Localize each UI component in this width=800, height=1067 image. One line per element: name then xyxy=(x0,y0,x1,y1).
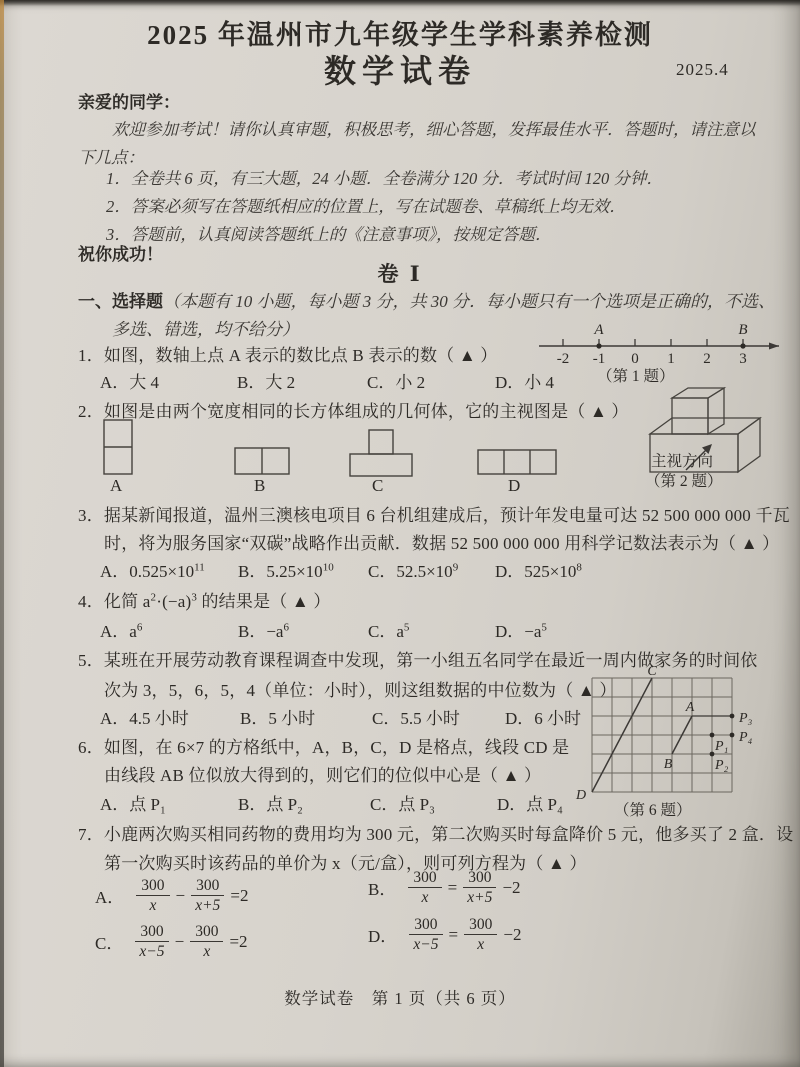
q6-option-d: D．点 P₄ xyxy=(497,790,563,815)
point-a-dot xyxy=(596,343,601,348)
label-p3: P₃ xyxy=(738,711,753,726)
q6-stem-line2: 由线段 AB 位似放大得到的，则它们的位似中心是（ ▲ ） xyxy=(104,761,541,786)
q3-option-a: A．0.525×1011 xyxy=(100,557,205,582)
q6-option-c: C．点 P₃ xyxy=(370,790,435,815)
q3-option-c: C．52.5×109 xyxy=(368,557,458,582)
point-p3-dot xyxy=(730,714,735,719)
q2-option-figure-d xyxy=(476,448,560,476)
section-heading-cont: 多选、错选，均不给分） xyxy=(112,315,299,340)
exam-paper-page: 2025 年温州市九年级学生学科素养检测 数学试卷 2025.4 亲爱的同学： … xyxy=(0,0,800,1067)
q3-option-d: D．525×108 xyxy=(495,557,582,582)
q5-option-d: D．6 小时 xyxy=(505,704,581,729)
section-heading-bold: 一、选择题 xyxy=(78,292,163,311)
point-b-dot xyxy=(740,343,745,348)
q6-option-a: A．点 P₁ xyxy=(100,790,166,815)
q6-option-b: B．点 P₂ xyxy=(238,790,303,815)
label-a: A xyxy=(685,700,695,715)
q4-option-c: C．a5 xyxy=(368,617,409,642)
point-p1-dot xyxy=(710,733,715,738)
q2-option-label-d: D xyxy=(508,476,520,496)
exam-note-1: 1．全卷共 6 页，有三大题，24 小题．全卷满分 120 分．考试时间 120… xyxy=(106,165,663,189)
scan-edge-top xyxy=(0,0,800,6)
q7-option-b: B． 300x = 300x+5 −2 xyxy=(368,869,523,907)
q2-option-figure-a xyxy=(102,418,136,476)
q6-figure-caption: （第 6 题） xyxy=(614,798,692,820)
salutation: 亲爱的同学： xyxy=(78,88,180,113)
section-heading: 一、选择题（本题有 10 小题，每小题 3 分，共 30 分．每小题只有一个选项… xyxy=(78,287,775,312)
q5-option-a: A．4.5 小时 xyxy=(100,704,189,729)
q6-stem-line1: 6．如图，在 6×7 的方格纸中，A，B，C，D 是格点，线段 CD 是 xyxy=(78,733,569,758)
q5-stem-line2: 次为 3，5，6，5，4（单位：小时），则这组数据的中位数为（ ▲ ） xyxy=(104,676,617,701)
label-d: D xyxy=(575,788,586,803)
point-p2-dot xyxy=(710,752,715,757)
part-heading: 卷 Ⅰ xyxy=(0,258,800,288)
q3-stem-line1: 3．据某新闻报道，温州三澳核电项目 6 台机组建成后，预计年发电量可达 52 5… xyxy=(78,501,790,526)
q3-stem-line2: 时，将为服务国家“双碳”战略作出贡献．数据 52 500 000 000 用科学… xyxy=(104,529,779,554)
q1-option-d: D．小 4 xyxy=(495,368,554,393)
q5-option-c: C．5.5 小时 xyxy=(372,704,460,729)
q7-stem-line1: 7．小鹿两次购买相同药物的费用均为 300 元，第二次购买时每盒降价 5 元，他… xyxy=(78,820,793,845)
q7-option-d: D． 300x−5 = 300x −2 xyxy=(368,916,523,954)
point-a-label: A xyxy=(593,322,604,338)
q4-stem: 4．化简 a2·(−a)3 的结果是（ ▲ ） xyxy=(78,587,331,612)
q4-option-a: A．a6 xyxy=(100,617,142,642)
q2-option-figure-c xyxy=(348,428,416,478)
label-c: C xyxy=(647,664,657,679)
tick-label: -2 xyxy=(557,351,570,367)
exam-note-3: 3．答题前，认真阅读答题纸上的《注意事项》，按规定答题． xyxy=(106,221,552,245)
scan-edge-left xyxy=(0,0,4,1067)
q1-option-c: C．小 2 xyxy=(367,368,425,393)
q7-option-c: C． 300x−5 − 300x =2 xyxy=(95,923,250,961)
q1-figure-caption: （第 1 题） xyxy=(597,364,675,386)
q1-stem: 1．如图，数轴上点 A 表示的数比点 B 表示的数（ ▲ ） xyxy=(78,341,498,366)
q7-option-a: A． 300x − 300x+5 =2 xyxy=(95,877,250,915)
tick-label: 3 xyxy=(739,351,747,367)
q1-option-a: A．大 4 xyxy=(100,368,159,393)
point-b-label: B xyxy=(738,322,747,338)
label-p2: P₂ xyxy=(714,758,729,773)
q2-option-label-c: C xyxy=(372,476,383,496)
tick-label: 2 xyxy=(703,351,711,367)
exam-note-2: 2．答案必须写在答题纸相应的位置上，写在试题卷、草稿纸上均无效． xyxy=(106,193,626,217)
exam-date: 2025.4 xyxy=(676,60,729,80)
q2-option-label-b: B xyxy=(254,476,265,496)
point-p4-dot xyxy=(730,733,735,738)
intro-line-1: 欢迎参加考试！请你认真审题，积极思考，细心答题，发挥最佳水平．答题时，请注意以 xyxy=(112,116,756,140)
q4-option-d: D．−a5 xyxy=(495,617,547,642)
q4-option-b: B．−a6 xyxy=(238,617,289,642)
number-line-arrow xyxy=(769,343,779,350)
q1-option-b: B．大 2 xyxy=(237,368,295,393)
label-p1: P₁ xyxy=(714,739,728,754)
grid-figure: C D A B P₃ P₄ P₁ P₂ xyxy=(572,666,782,806)
view-direction-label: 主视方向 xyxy=(651,449,713,471)
q3-option-b: B．5.25×1010 xyxy=(238,557,334,582)
q2-stem: 2．如图是由两个宽度相同的长方体组成的几何体，它的主视图是（ ▲ ） xyxy=(78,397,629,422)
label-b: B xyxy=(664,757,673,772)
q2-option-figure-b xyxy=(233,446,293,476)
number-line-figure: A B -2 -1 0 1 2 3 xyxy=(533,322,793,366)
q2-option-label-a: A xyxy=(110,476,122,496)
q2-figure-caption: （第 2 题） xyxy=(645,469,723,491)
q5-option-b: B．5 小时 xyxy=(240,704,315,729)
page-footer: 数学试卷 第 1 页（共 6 页） xyxy=(0,985,800,1009)
label-p4: P₄ xyxy=(738,730,753,745)
section-heading-rest: （本题有 10 小题，每小题 3 分，共 30 分．每小题只有一个选项是正确的，… xyxy=(163,292,775,311)
